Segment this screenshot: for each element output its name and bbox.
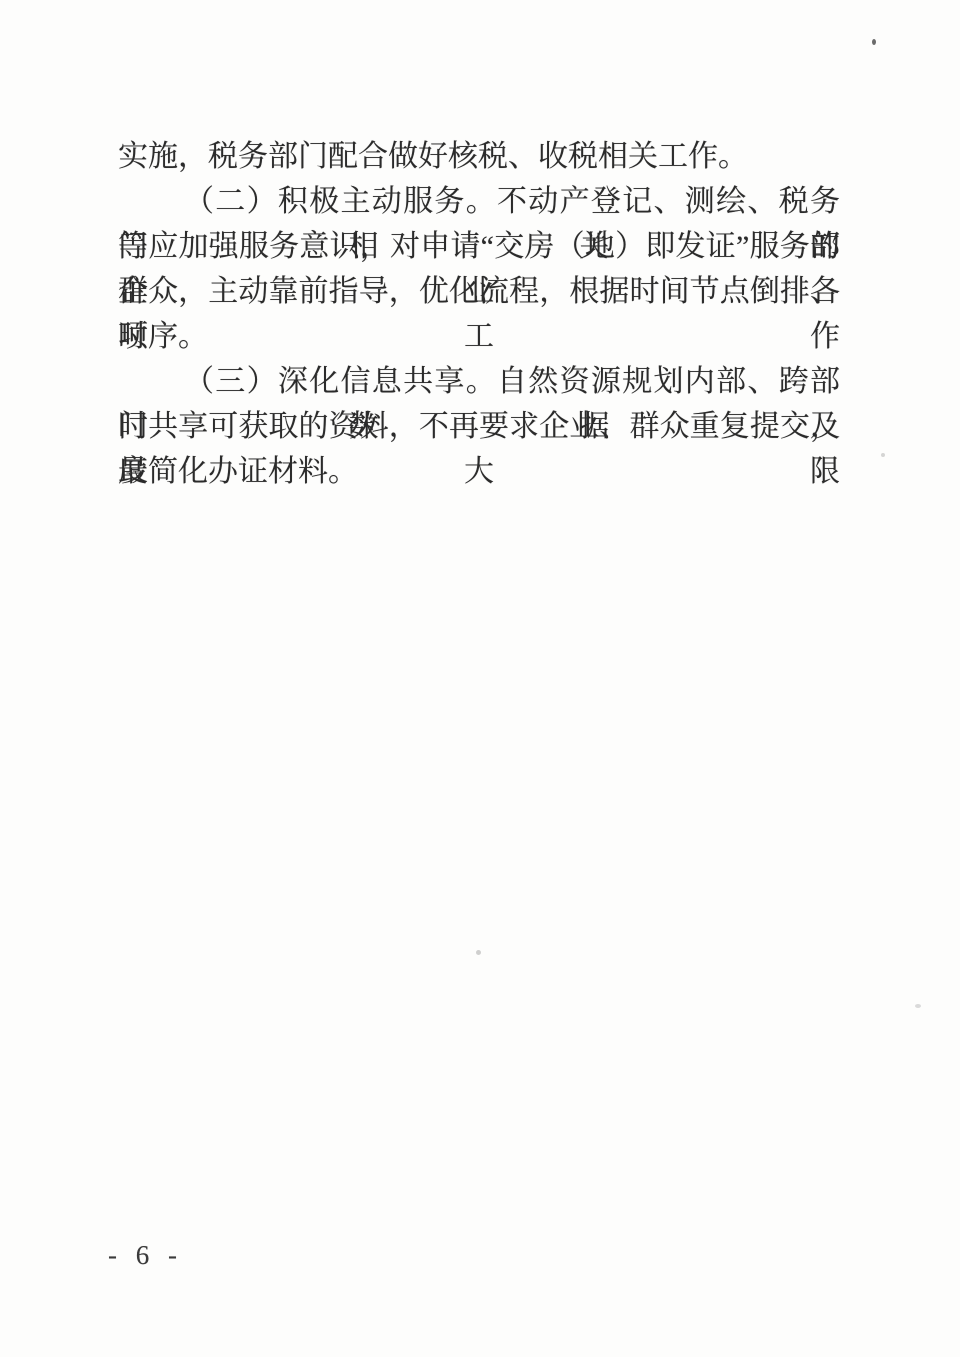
text-line-1: 实施，税务部门配合做好核税、收税相关工作。 (118, 134, 840, 179)
page-number: - 6 - (108, 1240, 183, 1271)
text-line-4: 群众，主动靠前指导，优化流程，根据时间节点倒排各项工作 (118, 269, 840, 314)
text-line-6: （三）深化信息共享。自然资源规划内部、跨部门数据及 (118, 359, 840, 404)
text-line-7: 时共享可获取的资料，不再要求企业、群众重复提交，最大限 (118, 404, 840, 449)
document-page: 实施，税务部门配合做好核税、收税相关工作。 （二）积极主动服务。不动产登记、测绘… (0, 0, 960, 1357)
scan-speck (476, 950, 481, 955)
scan-speck (872, 39, 876, 45)
document-body: 实施，税务部门配合做好核税、收税相关工作。 （二）积极主动服务。不动产登记、测绘… (118, 134, 840, 494)
scan-speck (881, 453, 885, 457)
text-line-2: （二）积极主动服务。不动产登记、测绘、税务等相关部 (118, 179, 840, 224)
text-line-3: 门应加强服务意识，对申请“交房（地）即发证”服务的企业、 (118, 224, 840, 269)
scan-speck (915, 1004, 921, 1008)
